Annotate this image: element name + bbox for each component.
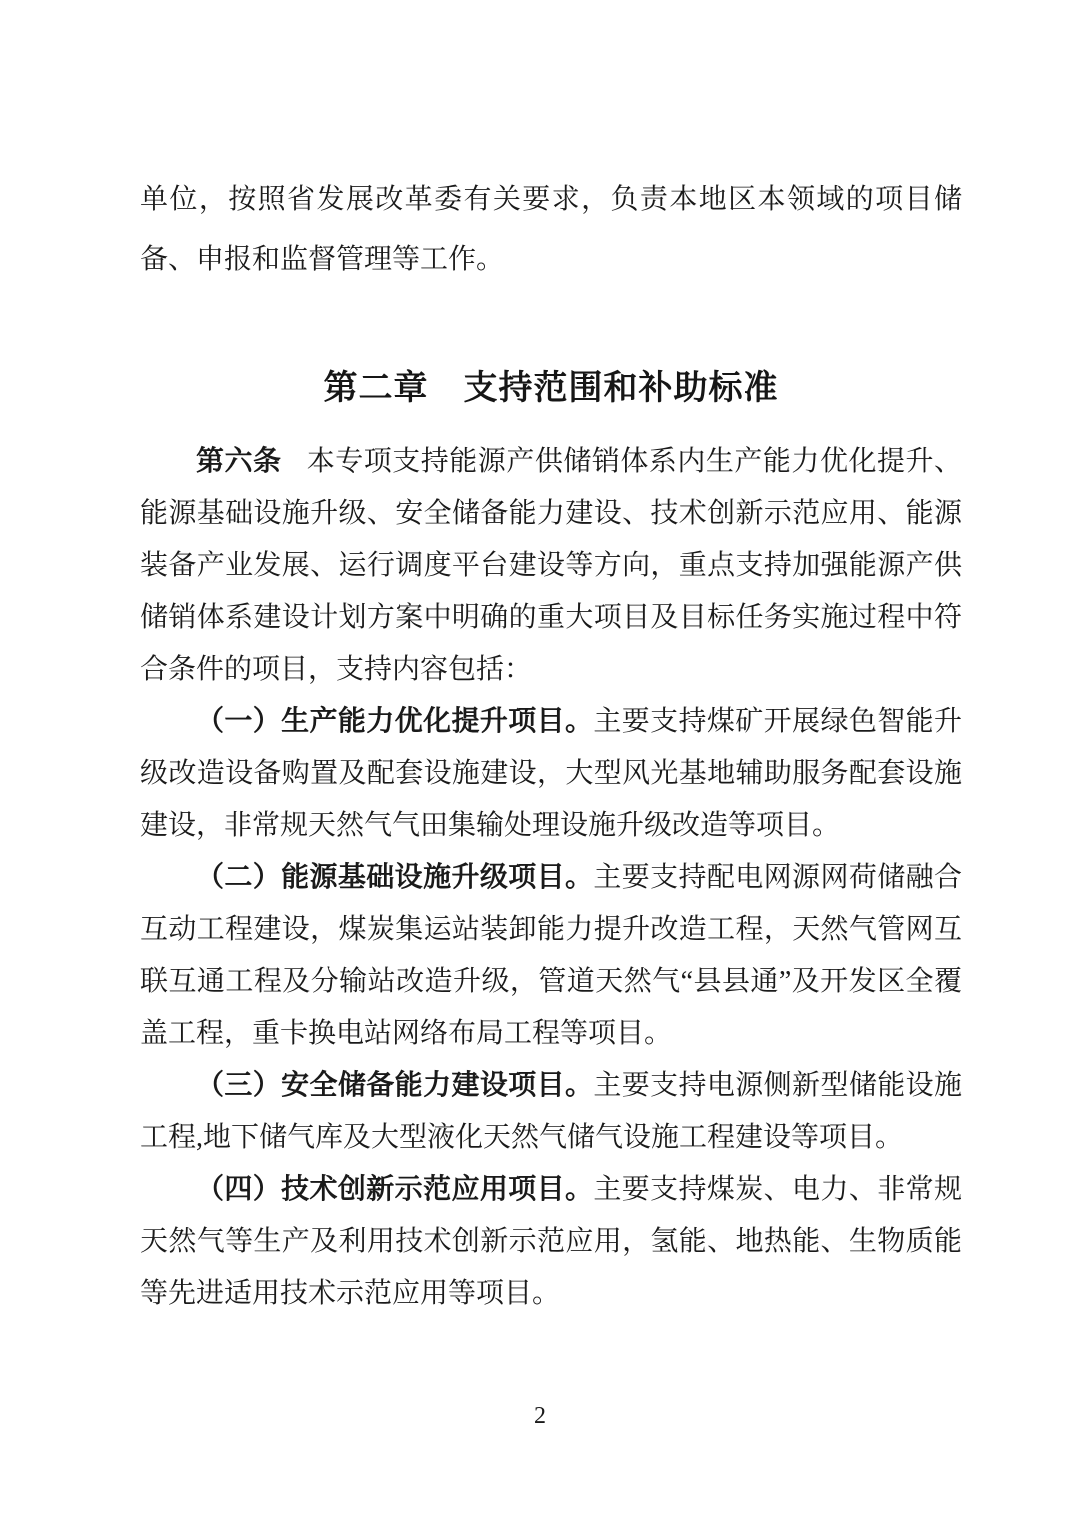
item-4-lead: （四）技术创新示范应用项目。 (196, 1174, 593, 1205)
item-paragraph-1: （一）生产能力优化提升项目。主要支持煤矿开展绿色智能升级改造设备购置及配套设施建… (140, 696, 962, 852)
continuation-paragraph: 单位，按照省发展改革委有关要求，负责本地区本领域的项目储备、申报和监督管理等工作… (140, 170, 962, 290)
article-text: 本专项支持能源产供储销体系内生产能力优化提升、能源基础设施升级、安全储备能力建设… (140, 446, 962, 685)
item-2-lead: （二）能源基础设施升级项目。 (196, 862, 593, 893)
page-number: 2 (0, 1398, 1080, 1434)
article-paragraph: 第六条本专项支持能源产供储销体系内生产能力优化提升、能源基础设施升级、安全储备能… (140, 436, 962, 696)
article-number-label: 第六条 (196, 446, 282, 477)
item-1-lead: （一）生产能力优化提升项目。 (196, 706, 593, 737)
item-paragraph-2: （二）能源基础设施升级项目。主要支持配电网源网荷储融合互动工程建设，煤炭集运站装… (140, 852, 962, 1060)
item-paragraph-4: （四）技术创新示范应用项目。主要支持煤炭、电力、非常规天然气等生产及利用技术创新… (140, 1164, 962, 1320)
chapter-heading: 第二章 支持范围和补助标准 (140, 362, 962, 414)
item-3-lead: （三）安全储备能力建设项目。 (196, 1070, 593, 1101)
item-paragraph-3: （三）安全储备能力建设项目。主要支持电源侧新型储能设施工程,地下储气库及大型液化… (140, 1060, 962, 1164)
document-page-content: 单位，按照省发展改革委有关要求，负责本地区本领域的项目储备、申报和监督管理等工作… (140, 0, 962, 1320)
